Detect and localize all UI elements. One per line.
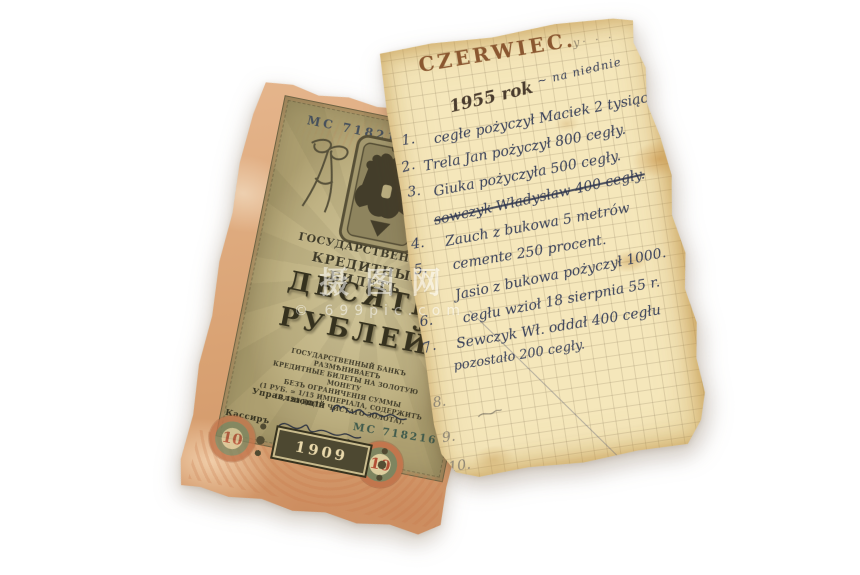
pencil-marks: y· · · bbox=[572, 31, 615, 50]
margin-number: 3. bbox=[406, 183, 422, 201]
margin-number: 5. bbox=[413, 261, 429, 279]
margin-number: 10. bbox=[447, 457, 471, 476]
margin-number: 7. bbox=[420, 338, 438, 357]
margin-number: 4. bbox=[410, 235, 426, 253]
margin-number: 6. bbox=[419, 313, 435, 331]
photo-scene: МС 718216 ГОСУДАРС bbox=[0, 0, 860, 575]
small-pencil-scribble bbox=[476, 401, 505, 424]
notebook-year: 1955 rok bbox=[447, 78, 535, 117]
notebook-title: CZERWIEC. bbox=[417, 29, 569, 77]
banknote-year: 1909 bbox=[293, 437, 349, 465]
notebook-subtitle-note: ~ na niednie bbox=[536, 54, 623, 88]
margin-number: 9. bbox=[441, 429, 457, 447]
margin-number: 8. bbox=[432, 394, 448, 412]
margin-number: 2. bbox=[400, 157, 417, 176]
margin-number: 1. bbox=[401, 131, 417, 149]
rosette-value: 10 bbox=[220, 428, 244, 450]
